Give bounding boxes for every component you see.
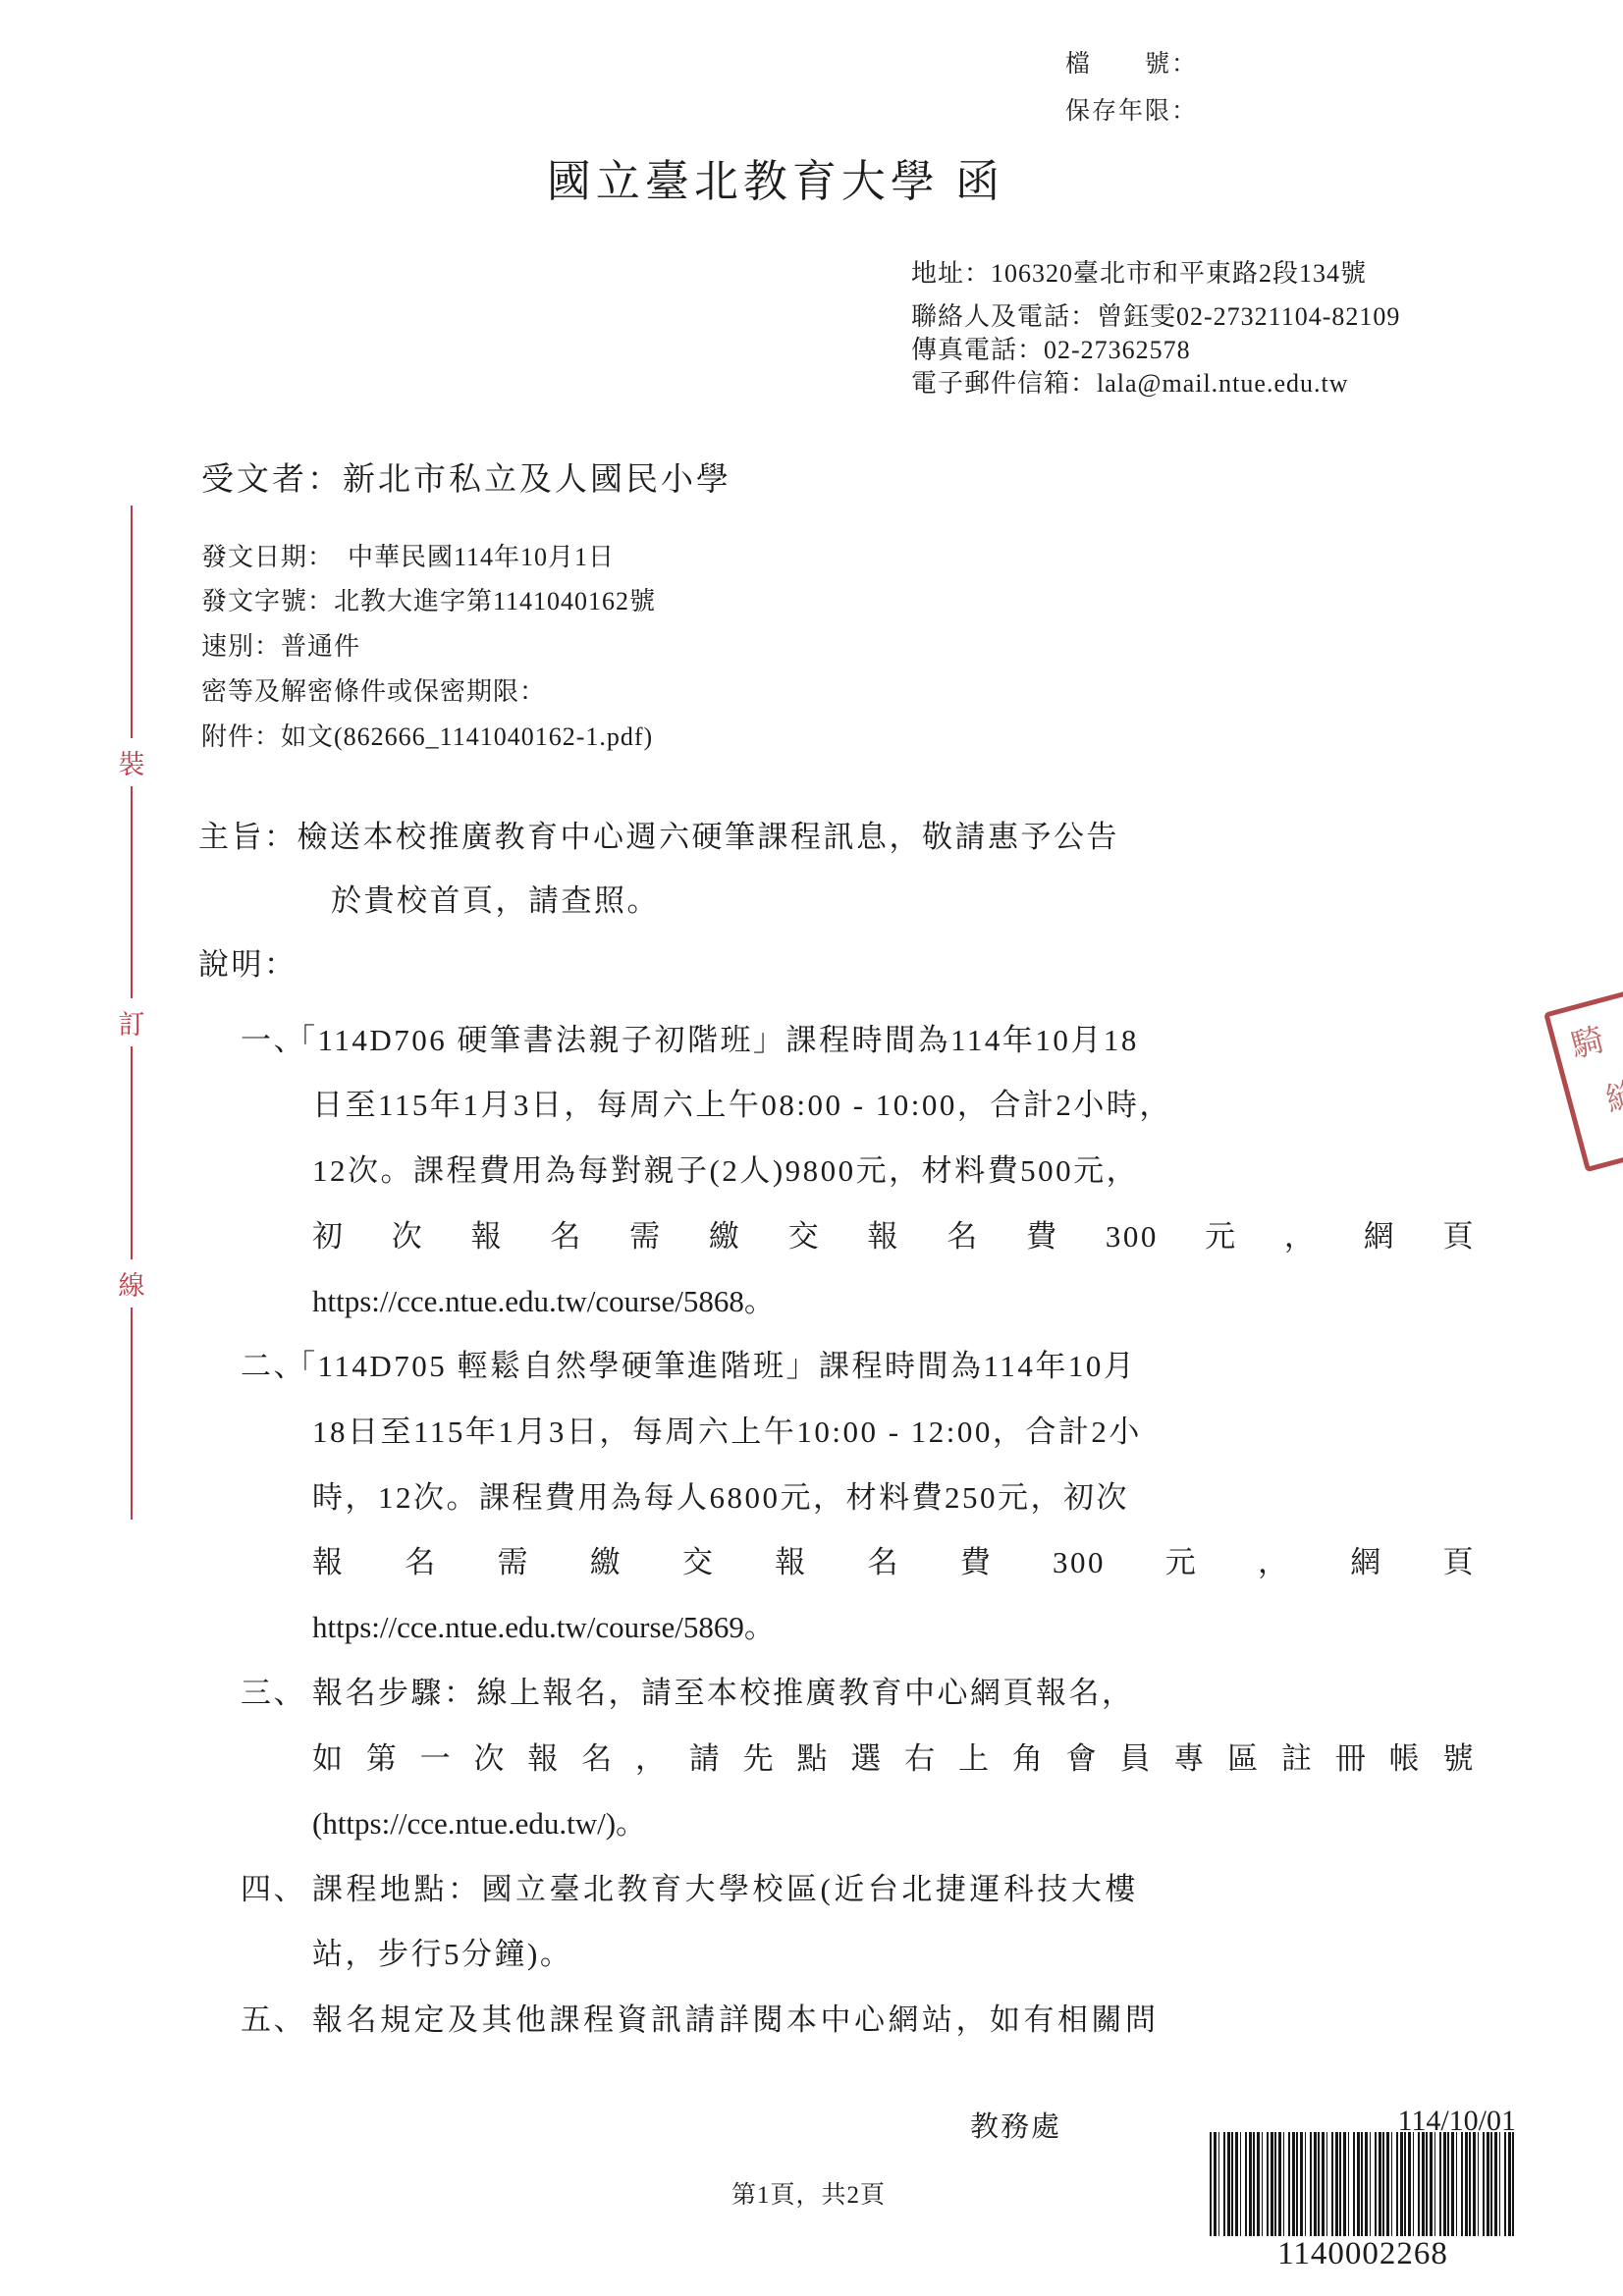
item-line-url: https://cce.ntue.edu.tw/course/5869。 — [312, 1608, 775, 1647]
item-line: 日至115年1月3日，每周六上午08:00 - 10:00，合計2小時， — [312, 1086, 1172, 1125]
file-number-label: 檔 號： — [1065, 44, 1198, 80]
item-line: 站，步行5分鐘)。 — [312, 1935, 572, 1974]
item-line-url: https://cce.ntue.edu.tw/course/5868。 — [312, 1282, 775, 1321]
stamp-char-feng: 縫 — [1600, 1068, 1623, 1121]
security-line: 密等及解密條件或保密期限： — [201, 671, 546, 708]
description-heading: 說明： — [198, 945, 298, 985]
footer-department: 教務處 — [970, 2105, 1061, 2145]
item-line: 「114D706 硬筆書法親子初階班」課程時間為114年10月18 — [285, 1021, 1139, 1060]
binding-char-zhuang: 裝 — [116, 738, 147, 786]
page-indicator: 第1頁，共2頁 — [731, 2175, 886, 2211]
sender-contact-phone: 聯絡人及電話：曾鈺雯02-27321104-82109 — [911, 296, 1400, 333]
item-line: 初次報名需繳交報名費300元，網頁 — [312, 1217, 1476, 1258]
item-marker: 五、 — [241, 2001, 306, 2040]
issue-date-line: 發文日期： 中華民國114年10月1日 — [201, 537, 615, 573]
seam-stamp: 騎 縫 — [1543, 962, 1623, 1172]
item-line: 12次。課程費用為每對親子(2人)9800元，材料費500元， — [312, 1151, 1139, 1191]
stamp-char-qi: 騎 — [1565, 1014, 1608, 1067]
item-marker: 四、 — [241, 1870, 306, 1909]
binding-char-ding: 訂 — [116, 998, 147, 1046]
item-line: 「114D705 輕鬆自然學硬筆進階班」課程時間為114年10月 — [285, 1347, 1136, 1386]
binding-char-xian: 線 — [116, 1259, 147, 1308]
item-marker: 三、 — [241, 1674, 306, 1713]
sender-fax: 傳真電話：02-27362578 — [911, 330, 1191, 366]
retention-period-label: 保存年限： — [1065, 91, 1198, 127]
attachment-line: 附件：如文(862666_1141040162-1.pdf) — [201, 717, 653, 753]
sender-email: 電子郵件信箱：lala@mail.ntue.edu.tw — [911, 363, 1349, 400]
doc-number-line: 發文字號：北教大進字第1141040162號 — [201, 581, 656, 617]
recipient-line: 受文者：新北市私立及人國民小學 — [201, 454, 731, 500]
item-line: 報名需繳交報名費300元，網頁 — [312, 1543, 1476, 1584]
priority-line: 速別：普通件 — [201, 626, 360, 663]
subject-line-1: 主旨：檢送本校推廣教育中心週六硬筆課程訊息，敬請惠予公告 — [198, 818, 1119, 857]
subject-line-2: 於貴校首頁，請查照。 — [331, 881, 660, 921]
document-title: 國立臺北教育大學 函 — [383, 145, 1168, 209]
official-letter-page: 檔 號： 保存年限： 國立臺北教育大學 函 地址：106320臺北市和平東路2段… — [0, 0, 1623, 2296]
item-line: 時，12次。課程費用為每人6800元，材料費250元，初次 — [312, 1478, 1129, 1518]
item-line: 18日至115年1月3日，每周六上午10:00 - 12:00，合計2小 — [312, 1413, 1142, 1452]
item-line: 報名步驟：線上報名，請至本校推廣教育中心網頁報名， — [312, 1674, 1135, 1713]
item-line: 如第一次報名，請先點選右上角會員專區註冊帳號 — [312, 1739, 1476, 1781]
sender-address: 地址：106320臺北市和平東路2段134號 — [911, 253, 1367, 290]
barcode — [1210, 2132, 1516, 2236]
item-line: 報名規定及其他課程資訊請詳閱本中心網站，如有相關問 — [312, 2001, 1160, 2040]
barcode-number: 1140002268 — [1210, 2236, 1516, 2272]
item-line-url: (https://cce.ntue.edu.tw/)。 — [312, 1804, 646, 1843]
item-line: 課程地點：國立臺北教育大學校區(近台北捷運科技大樓 — [312, 1870, 1139, 1909]
